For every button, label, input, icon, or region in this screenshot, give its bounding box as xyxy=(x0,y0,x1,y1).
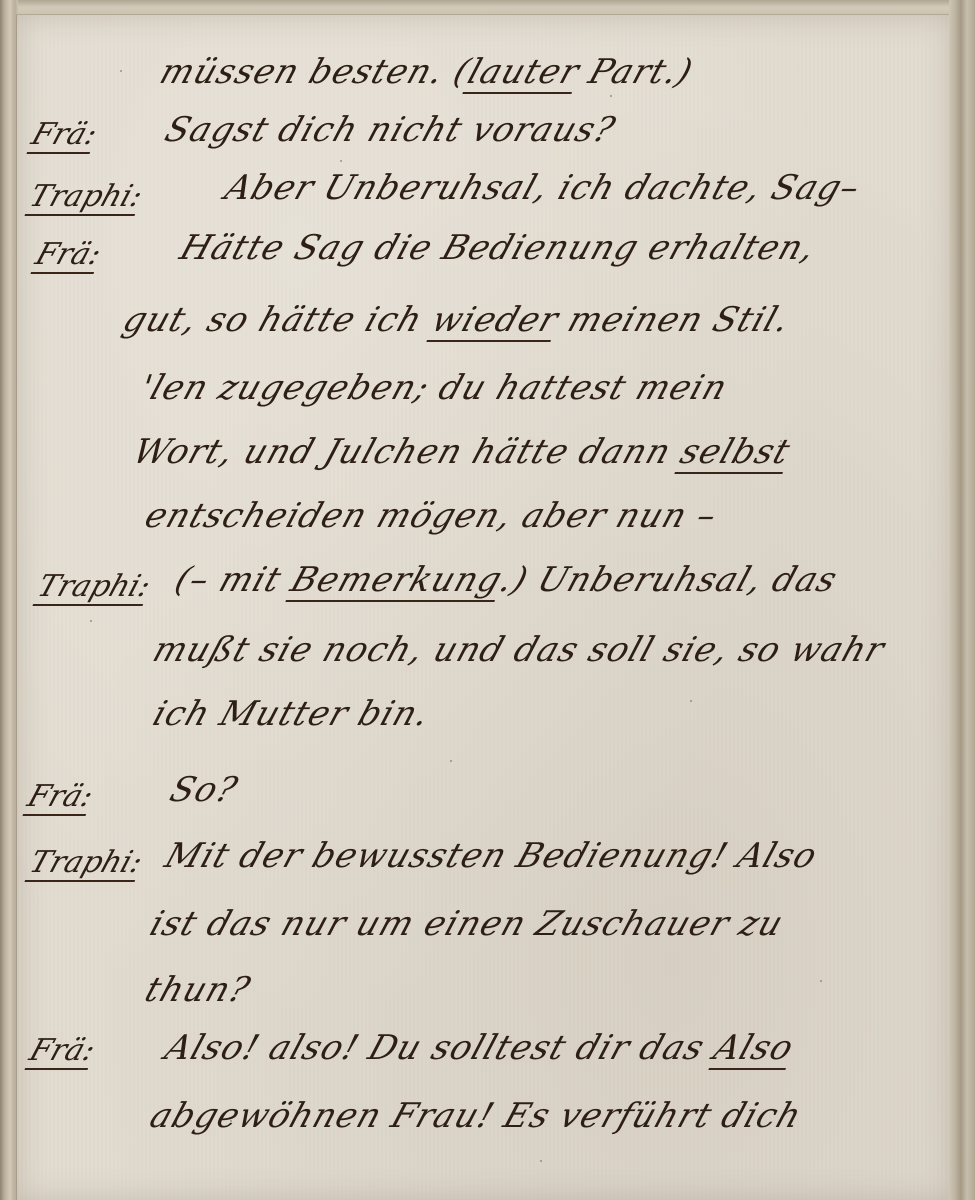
underlined-word: selbst xyxy=(675,432,796,474)
right-page-edge xyxy=(949,0,975,1200)
manuscript-line: abgewöhnen Frau! Es verführt dich xyxy=(145,1096,807,1136)
paper-speck xyxy=(690,700,692,702)
speaker-name: Traphi: xyxy=(24,848,146,882)
manuscript-line: gut, so hätte ich wieder meinen Stil. xyxy=(118,300,795,340)
line-text: Wort, und Julchen hätte dann xyxy=(128,432,688,472)
line-text: gut, so hätte ich xyxy=(118,300,440,340)
speaker-name: Traphi: xyxy=(32,572,154,606)
manuscript-line: Mit der bewussten Bedienung! Also xyxy=(160,836,823,876)
manuscript-line: entscheiden mögen, aber nun – xyxy=(140,496,722,536)
manuscript-line: So? xyxy=(165,770,243,810)
manuscript-line: Hätte Sag die Bedienung erhalten, xyxy=(175,228,821,268)
manuscript-line: Aber Unberuhsal, ich dachte, Sag– xyxy=(220,168,866,208)
paper-speck xyxy=(90,620,92,622)
manuscript-line: Sagst dich nicht voraus? xyxy=(160,110,621,150)
speaker-name: Frä: xyxy=(22,782,96,816)
line-text: (– mit xyxy=(170,560,299,600)
manuscript-line: mußt sie noch, und das soll sie, so wahr xyxy=(148,630,890,670)
underlined-word: lauter xyxy=(462,52,585,94)
underlined-word: Also xyxy=(708,1028,799,1070)
paper-speck xyxy=(340,160,342,162)
underlined-word: wieder xyxy=(426,300,564,342)
line-text-rest: .) Unberuhsal, das xyxy=(495,560,843,600)
manuscript-line: 'len zugegeben; du hattest mein xyxy=(135,368,733,408)
manuscript-line: ist das nur um einen Zuschauer zu xyxy=(145,904,789,944)
underlined-word: Bemerkung xyxy=(285,560,508,602)
line-text: müssen besten. ( xyxy=(155,52,476,92)
paper-speck xyxy=(450,760,452,762)
speaker-name: Frä: xyxy=(26,120,100,154)
speaker-name: Frä: xyxy=(30,240,104,274)
paper-speck xyxy=(610,95,612,97)
paper-speck xyxy=(540,1160,542,1162)
manuscript-line: ich Mutter bin. xyxy=(148,694,435,734)
manuscript-line: Also! also! Du solltest dir das Also xyxy=(160,1028,799,1068)
speaker-name: Traphi: xyxy=(24,182,146,216)
line-text: Also! also! Du solltest dir das xyxy=(160,1028,722,1068)
speaker-name: Frä: xyxy=(24,1036,98,1070)
manuscript-line: Wort, und Julchen hätte dann selbst xyxy=(128,432,796,472)
manuscript-line: (– mit Bemerkung.) Unberuhsal, das xyxy=(170,560,843,600)
manuscript-line: thun? xyxy=(140,970,256,1010)
line-text-rest: Part.) xyxy=(572,52,698,92)
paper-speck xyxy=(120,70,122,72)
paper-speck xyxy=(820,980,822,982)
line-text-rest: meinen Stil. xyxy=(551,300,795,340)
manuscript-line: müssen besten. (lauter Part.) xyxy=(155,52,698,92)
